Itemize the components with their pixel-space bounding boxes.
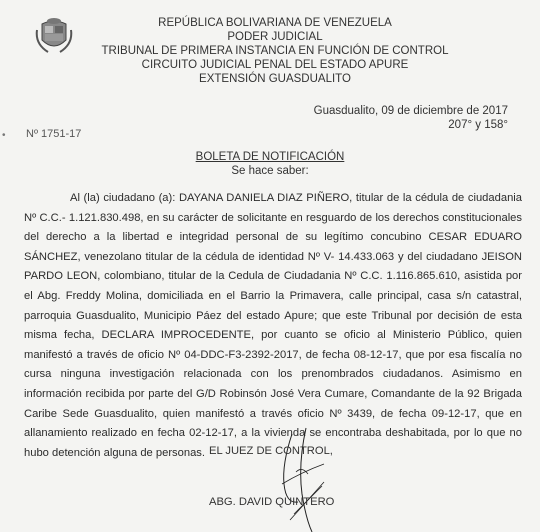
header-line-branch: PODER JUDICIAL (90, 30, 460, 44)
title-heading: BOLETA DE NOTIFICACIÓN (0, 150, 540, 164)
body-paragraph: Al (la) ciudadano (a): DAYANA DANIELA DI… (24, 189, 522, 463)
header-line-circuit: CIRCUITO JUDICIAL PENAL DEL ESTADO APURE (90, 58, 460, 72)
notification-title: BOLETA DE NOTIFICACIÓN Se hace saber: (0, 150, 540, 178)
notification-body: Al (la) ciudadano (a): DAYANA DANIELA DI… (24, 189, 522, 463)
coat-of-arms-icon (34, 16, 74, 56)
place-date: Guasdualito, 09 de diciembre de 2017 (314, 104, 508, 118)
document-page: REPÚBLICA BOLIVARIANA DE VENEZUELA PODER… (0, 0, 540, 532)
date-block: Guasdualito, 09 de diciembre de 2017 207… (314, 104, 508, 132)
document-number: Nº 1751-17 (26, 128, 81, 140)
title-subheading: Se hace saber: (0, 164, 540, 178)
document-header: REPÚBLICA BOLIVARIANA DE VENEZUELA PODER… (90, 16, 460, 86)
handwritten-signature-icon (262, 424, 342, 532)
header-line-extension: EXTENSIÓN GUASDUALITO (90, 72, 460, 86)
header-line-country: REPÚBLICA BOLIVARIANA DE VENEZUELA (90, 16, 460, 30)
judge-role: EL JUEZ DE CONTROL, (209, 445, 333, 457)
margin-mark: • (2, 130, 6, 141)
judge-name: ABG. DAVID QUINTERO (209, 496, 334, 508)
header-line-tribunal: TRIBUNAL DE PRIMERA INSTANCIA EN FUNCIÓN… (90, 44, 460, 58)
years: 207° y 158° (314, 118, 508, 132)
